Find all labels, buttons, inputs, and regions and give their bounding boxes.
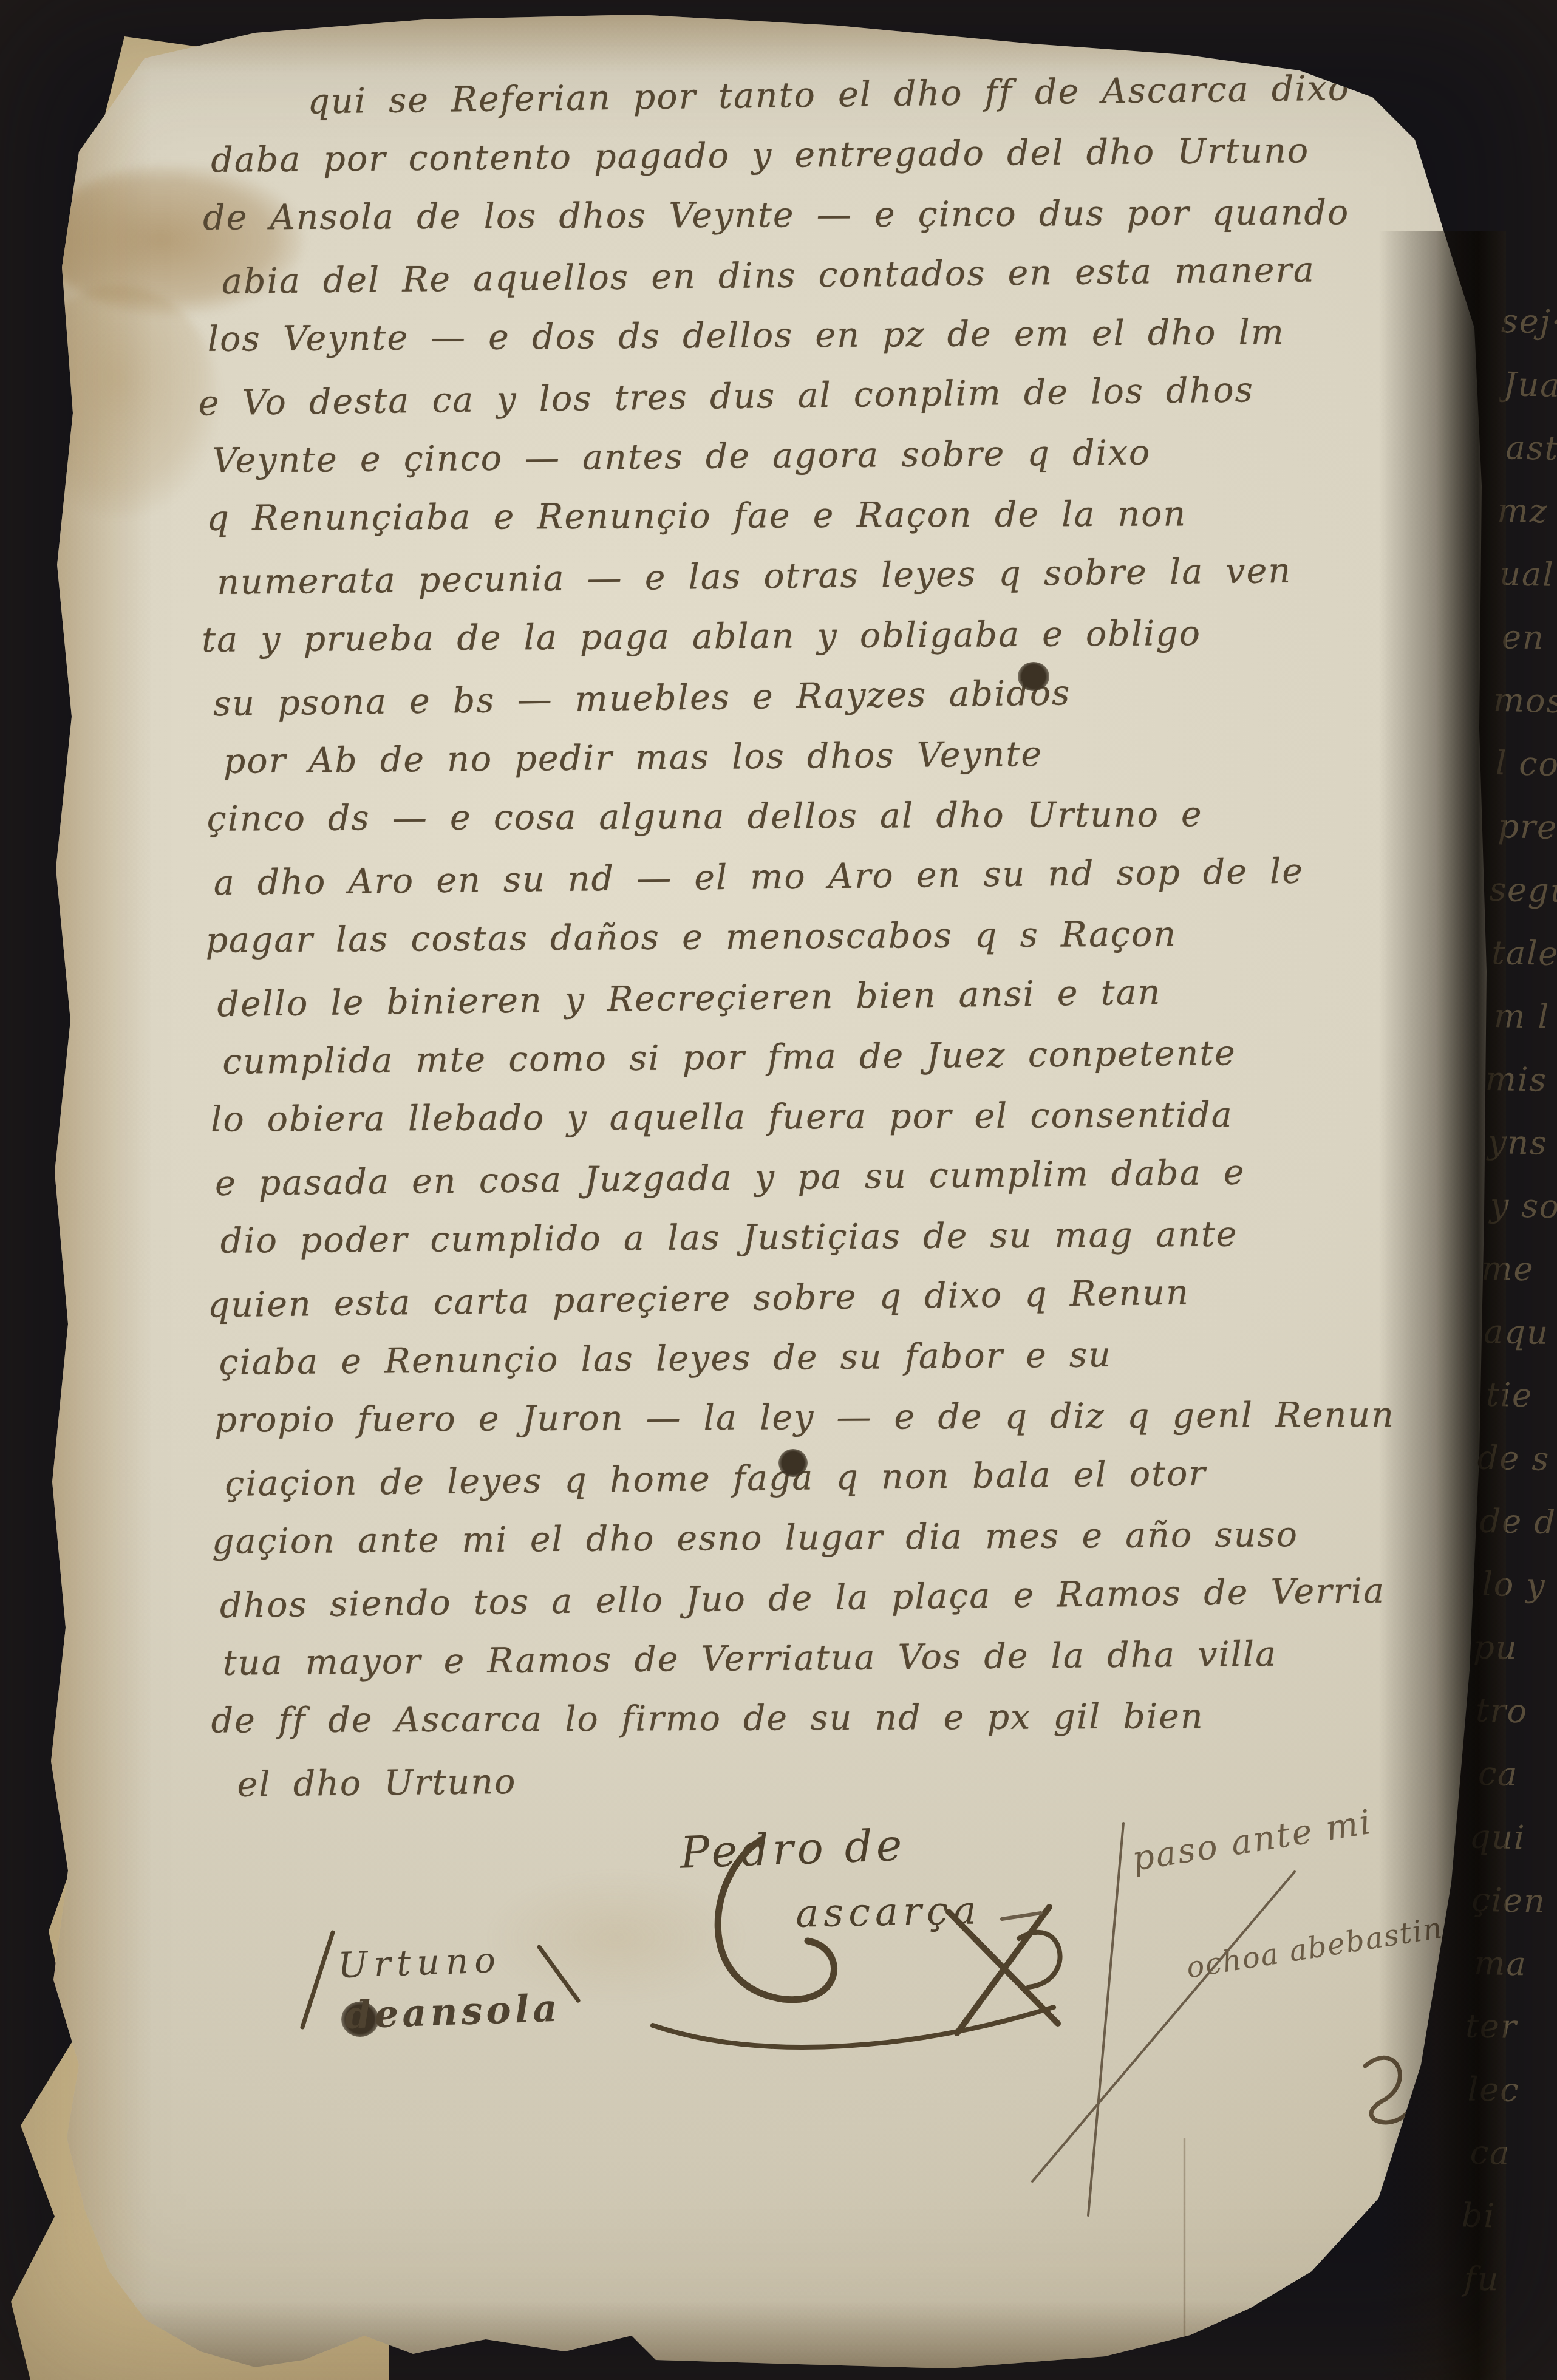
photo-backdrop: { "document": { "lines": [ "qui se Refer…: [0, 0, 1557, 2380]
photo-vignette: [0, 0, 1557, 2380]
